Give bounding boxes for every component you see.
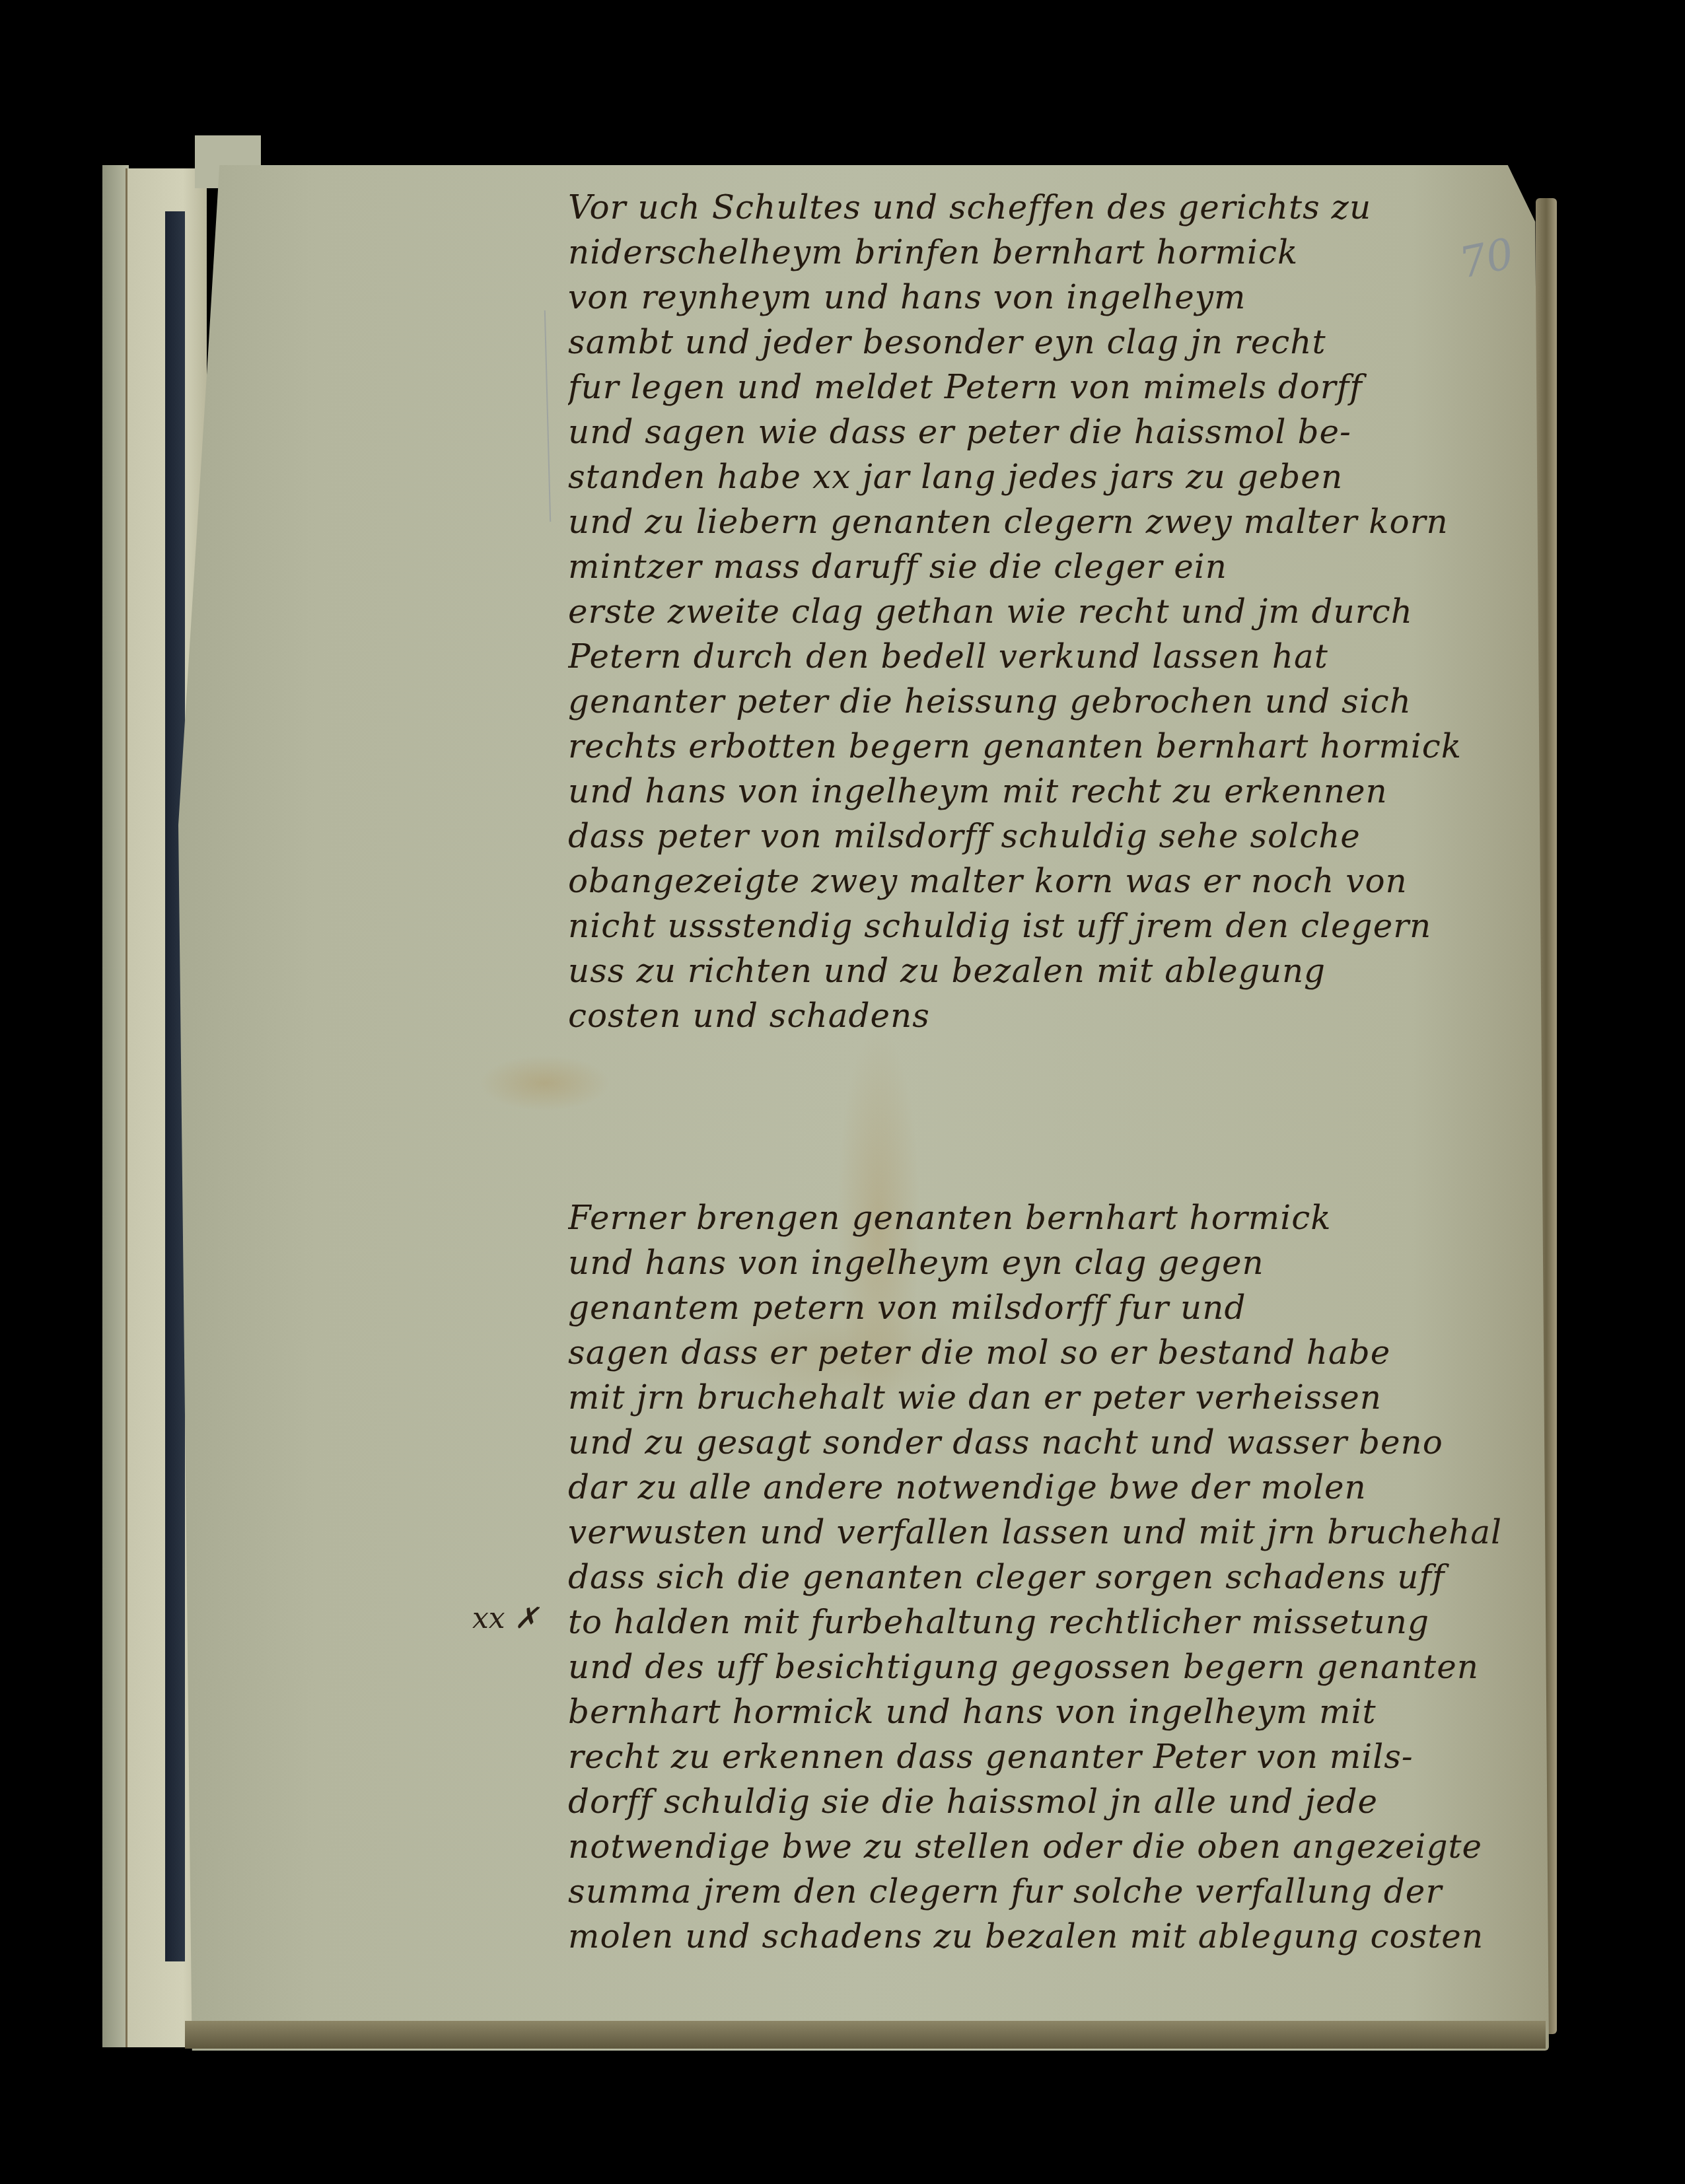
- text-line: dar zu alle andere notwendige bwe der mo…: [568, 1465, 1519, 1510]
- text-line: to halden mit furbehaltung rechtlicher m…: [568, 1600, 1519, 1644]
- text-line: von reynheym und hans von ingelheym: [568, 275, 1519, 320]
- paragraph-2: Ferner brengen genanten bernhart hormick…: [568, 1195, 1519, 1959]
- text-line: niderschelheym brinfen bernhart hormick: [568, 230, 1519, 275]
- text-line: dorff schuldig sie die haissmol jn alle …: [568, 1779, 1519, 1824]
- text-line: fur legen und meldet Petern von mimels d…: [568, 365, 1519, 409]
- text-line: genanter peter die heissung gebrochen un…: [568, 679, 1519, 724]
- text-line: Petern durch den bedell verkund lassen h…: [568, 634, 1519, 679]
- text-line: und hans von ingelheym mit recht zu erke…: [568, 769, 1519, 814]
- text-line: dass sich die genanten cleger sorgen sch…: [568, 1555, 1519, 1600]
- text-line: verwusten und verfallen lassen und mit j…: [568, 1510, 1519, 1555]
- back-leaf-strip: [102, 165, 129, 2047]
- text-line: mit jrn bruchehalt wie dan er peter verh…: [568, 1375, 1519, 1420]
- text-line: nicht ussstendig schuldig ist uff jrem d…: [568, 903, 1519, 948]
- text-line: und hans von ingelheym eyn clag gegen: [568, 1240, 1519, 1285]
- text-line: rechts erbotten begern genanten bernhart…: [568, 724, 1519, 769]
- text-line: erste zweite clag gethan wie recht und j…: [568, 589, 1519, 634]
- text-line: costen und schadens: [568, 993, 1519, 1038]
- text-line: notwendige bwe zu stellen oder die oben …: [568, 1824, 1519, 1869]
- text-line: genantem petern von milsdorff fur und: [568, 1285, 1519, 1330]
- text-line: mintzer mass daruff sie die cleger ein: [568, 544, 1519, 589]
- text-line: recht zu erkennen dass genanter Peter vo…: [568, 1734, 1519, 1779]
- text-line: und zu liebern genanten clegern zwey mal…: [568, 499, 1519, 544]
- text-line: summa jrem den clegern fur solche verfal…: [568, 1869, 1519, 1914]
- text-line: dass peter von milsdorff schuldig sehe s…: [568, 814, 1519, 859]
- paragraph-1: Vor uch Schultes und scheffen des gerich…: [568, 185, 1519, 1038]
- text-line: obangezeigte zwey malter korn was er noc…: [568, 859, 1519, 903]
- text-line: molen und schadens zu bezalen mit ablegu…: [568, 1914, 1519, 1959]
- text-line: und zu gesagt sonder dass nacht und wass…: [568, 1420, 1519, 1465]
- text-line: Ferner brengen genanten bernhart hormick: [568, 1195, 1519, 1240]
- text-line: sagen dass er peter die mol so er bestan…: [568, 1330, 1519, 1375]
- text-line: und des uff besichtigung gegossen begern…: [568, 1644, 1519, 1689]
- text-line: bernhart hormick und hans von ingelheym …: [568, 1689, 1519, 1734]
- text-line: standen habe xx jar lang jedes jars zu g…: [568, 454, 1519, 499]
- text-line: und sagen wie dass er peter die haissmol…: [568, 409, 1519, 454]
- page-edge-bottom: [185, 2021, 1546, 2049]
- text-line: uss zu richten und zu bezalen mit ablegu…: [568, 948, 1519, 993]
- margin-mark: xx ✗: [472, 1602, 538, 1635]
- text-line: sambt und jeder besonder eyn clag jn rec…: [568, 320, 1519, 365]
- text-line: Vor uch Schultes und scheffen des gerich…: [568, 185, 1519, 230]
